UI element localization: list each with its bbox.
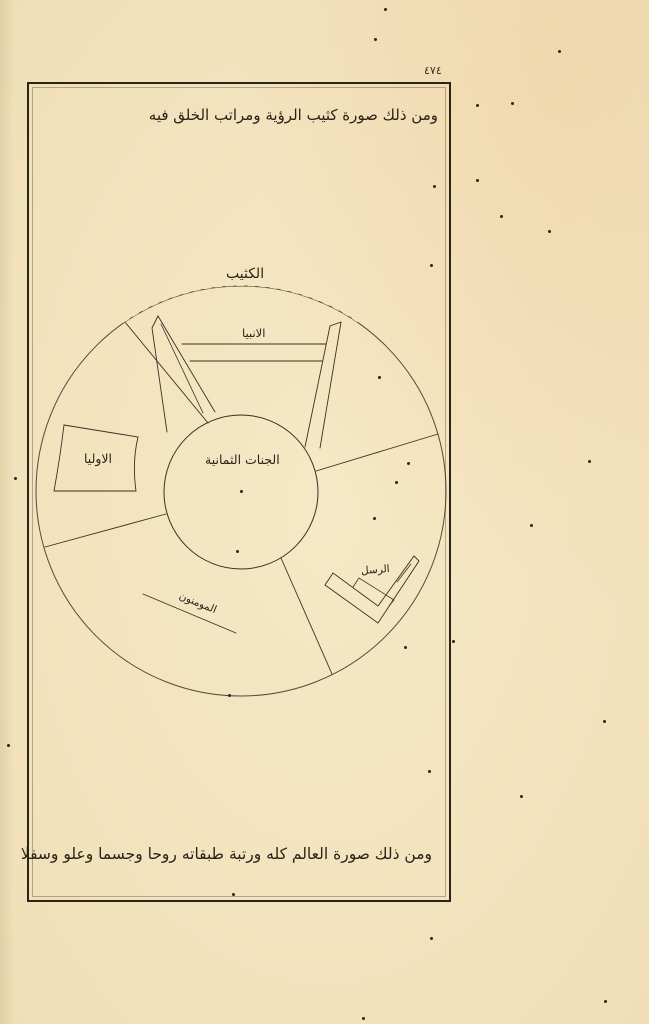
speck	[452, 640, 455, 643]
speck	[14, 477, 17, 480]
label-messengers: الرسل	[361, 563, 390, 577]
speck	[430, 937, 433, 940]
speck	[430, 264, 433, 267]
label-prophets: الانبيا	[242, 326, 265, 340]
speck	[373, 517, 376, 520]
speck	[520, 795, 523, 798]
label-dune: الكثيب	[226, 266, 264, 282]
speck	[548, 230, 551, 233]
speck	[378, 376, 381, 379]
speck	[7, 744, 10, 747]
speck	[588, 460, 591, 463]
speck	[404, 646, 407, 649]
label-saints: الاوليا	[84, 451, 112, 466]
speck	[395, 481, 398, 484]
speck	[603, 720, 606, 723]
speck	[476, 104, 479, 107]
speck	[433, 185, 436, 188]
divider-right	[316, 434, 438, 471]
speck	[530, 524, 533, 527]
prophets-left-pillar	[152, 316, 215, 432]
dune-of-vision-diagram	[0, 0, 649, 1024]
speck	[407, 462, 410, 465]
speck	[476, 179, 479, 182]
speck	[362, 1017, 365, 1020]
bottom-caption: ومن ذلك صورة العالم كله ورتبة طبقاته روح…	[62, 845, 432, 863]
speck	[374, 38, 377, 41]
speck	[428, 770, 431, 773]
speck	[228, 694, 231, 697]
speck	[384, 8, 387, 11]
prophets-right-pillar	[305, 322, 341, 448]
outer-arc-top	[124, 285, 358, 322]
speck	[236, 550, 239, 553]
divider-bottom	[281, 558, 332, 674]
speck	[240, 490, 243, 493]
speck	[500, 215, 503, 218]
label-eight-paradises: الجنات الثمانية	[205, 452, 280, 467]
speck	[558, 50, 561, 53]
divider-left	[45, 514, 166, 547]
speck	[511, 102, 514, 105]
speck	[232, 893, 235, 896]
divider-top-left	[125, 322, 208, 423]
speck	[604, 1000, 607, 1003]
